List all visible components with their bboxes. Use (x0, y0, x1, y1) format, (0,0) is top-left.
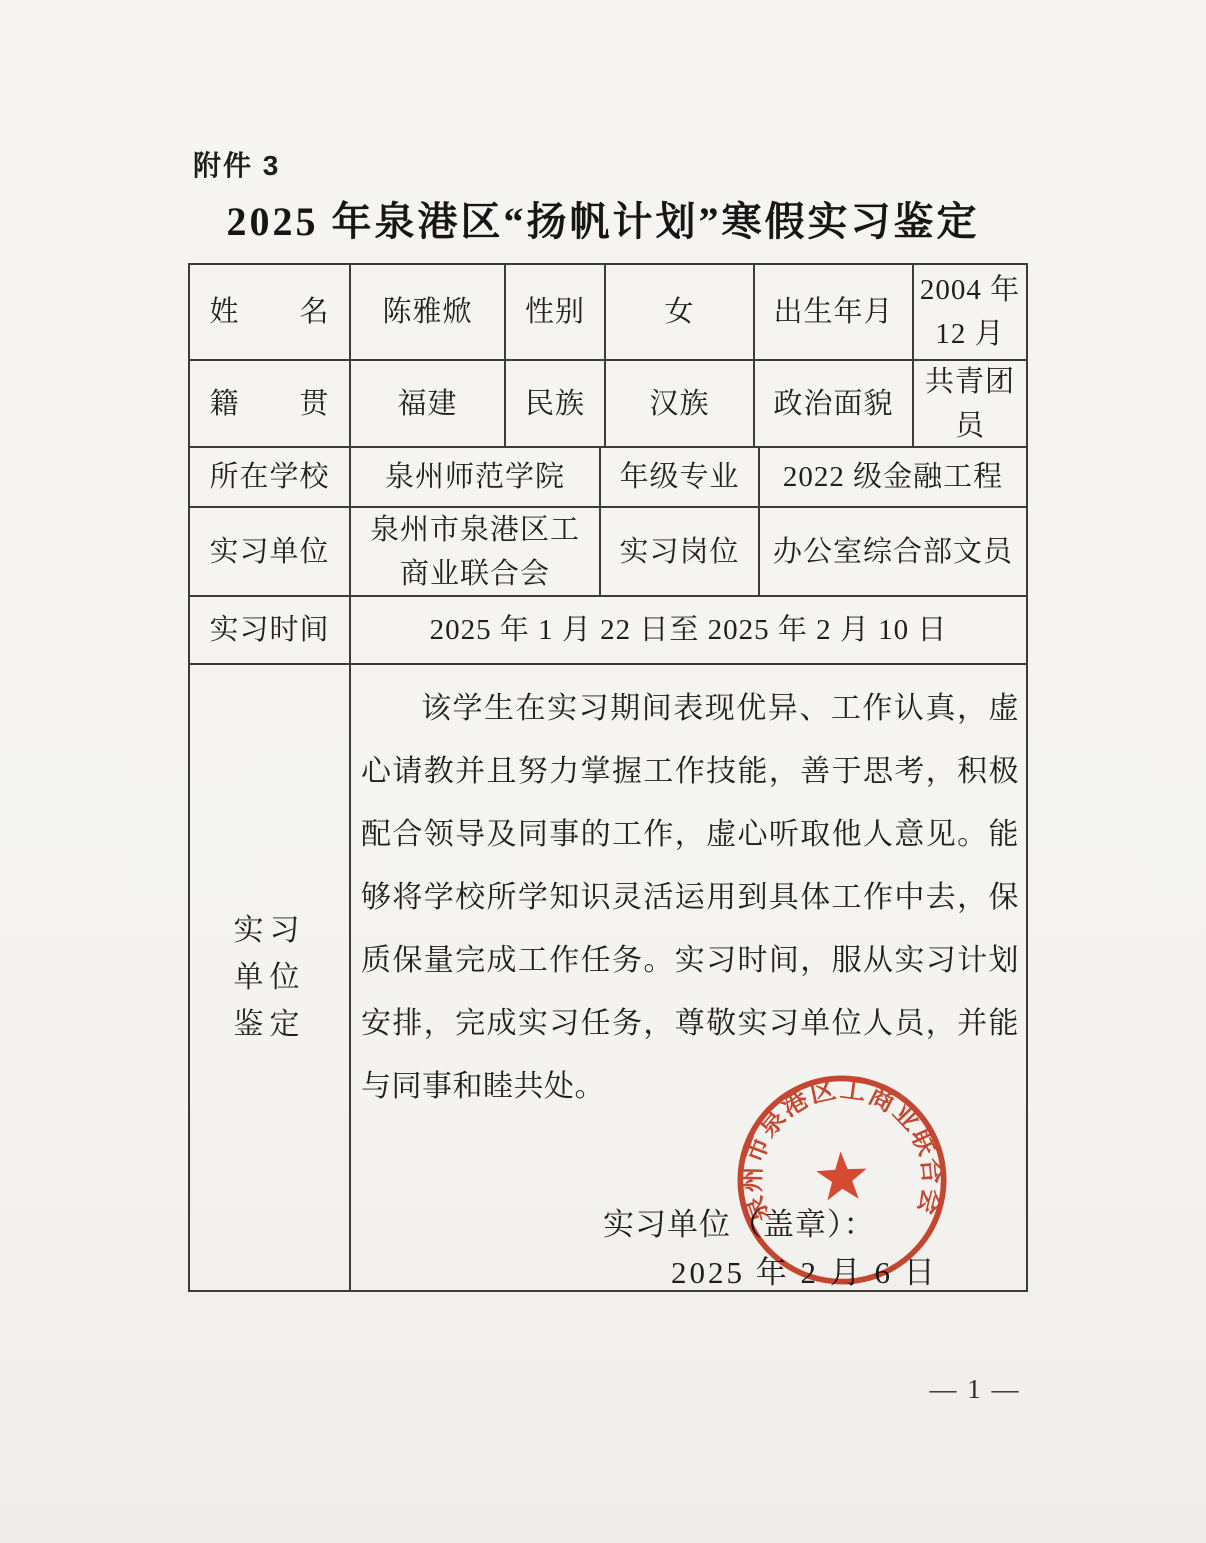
page-number: — 1 — (905, 1374, 1045, 1405)
school-label-cell: 所在学校 (190, 448, 351, 508)
scanned-document-page: 附件 3 2025 年泉港区“扬帆计划”寒假实习鉴定 姓 名 陈雅焮 性别 女 … (0, 0, 1206, 1543)
appraisal-label: 实习 单位 鉴定 (234, 907, 306, 1048)
name-label: 姓 名 (209, 290, 329, 334)
seal-text: 泉州市泉港区工商业联合会 (731, 1069, 950, 1230)
name-value-cell: 陈雅焮 (351, 265, 506, 361)
political-status-label: 政治面貌 (773, 382, 893, 426)
native-place-label: 籍 贯 (209, 382, 329, 426)
gender-value: 女 (664, 290, 694, 334)
birth-value-cell: 2004 年 12 月 (914, 265, 1026, 361)
birth-value: 2004 年 12 月 (920, 268, 1020, 356)
internship-post-label-cell: 实习岗位 (601, 508, 760, 597)
gender-label-cell: 性别 (506, 265, 606, 361)
native-place-value-cell: 福建 (351, 361, 506, 448)
document-title: 2025 年泉港区“扬帆计划”寒假实习鉴定 (0, 190, 1206, 247)
name-label-cell: 姓 名 (190, 265, 351, 361)
internship-period-label-cell: 实习时间 (190, 597, 351, 665)
grade-major-label: 年级专业 (619, 455, 739, 499)
internship-unit-label: 实习单位 (209, 530, 329, 574)
native-place-value: 福建 (397, 382, 457, 426)
appraisal-text: 该学生在实习期间表现优异、工作认真，虚心请教并且努力掌握工作技能，善于思考，积极… (361, 677, 1019, 1118)
internship-unit-value-cell: 泉州市泉港区工 商业联合会 (351, 508, 601, 597)
grade-major-label-cell: 年级专业 (601, 448, 760, 508)
ethnicity-value: 汉族 (649, 382, 709, 426)
birth-label-cell: 出生年月 (755, 265, 914, 361)
gender-label: 性别 (525, 290, 585, 334)
birth-label: 出生年月 (773, 290, 893, 334)
political-status-label-cell: 政治面貌 (755, 361, 914, 448)
school-label: 所在学校 (209, 455, 329, 499)
ethnicity-value-cell: 汉族 (606, 361, 755, 448)
internship-period-value-cell: 2025 年 1 月 22 日至 2025 年 2 月 10 日 (351, 597, 1026, 665)
internship-post-label: 实习岗位 (619, 530, 739, 574)
internship-post-value-cell: 办公室综合部文员 (760, 508, 1026, 597)
appraisal-label-cell: 实习 单位 鉴定 (190, 665, 351, 1290)
political-status-value-cell: 共青团员 (914, 361, 1026, 448)
attachment-label: 附件 3 (193, 144, 280, 184)
ethnicity-label: 民族 (525, 382, 585, 426)
political-status-value: 共青团员 (914, 360, 1026, 448)
ethnicity-label-cell: 民族 (506, 361, 606, 448)
internship-unit-label-cell: 实习单位 (190, 508, 351, 597)
native-place-label-cell: 籍 贯 (190, 361, 351, 448)
internship-post-value: 办公室综合部文员 (773, 530, 1013, 574)
grade-major-value-cell: 2022 级金融工程 (760, 448, 1026, 508)
seal-star-icon (815, 1150, 868, 1201)
internship-period-value: 2025 年 1 月 22 日至 2025 年 2 月 10 日 (430, 608, 948, 652)
official-red-seal: 泉州市泉港区工商业联合会 (722, 1060, 962, 1300)
gender-value-cell: 女 (606, 265, 755, 361)
internship-period-label: 实习时间 (209, 608, 329, 652)
school-value: 泉州师范学院 (385, 455, 565, 499)
school-value-cell: 泉州师范学院 (351, 448, 601, 508)
grade-major-value: 2022 级金融工程 (783, 455, 1003, 499)
internship-unit-value: 泉州市泉港区工 商业联合会 (370, 508, 580, 596)
name-value: 陈雅焮 (382, 290, 472, 334)
